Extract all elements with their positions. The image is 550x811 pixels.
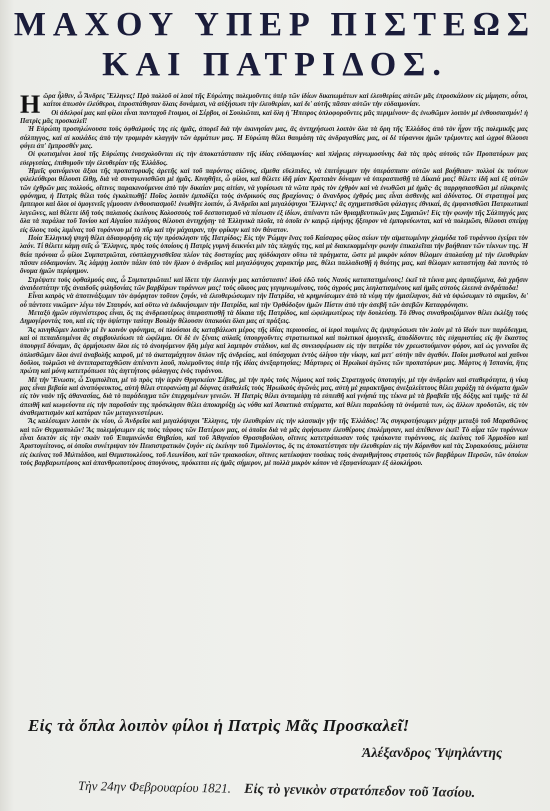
paragraph: Ἂς καλέσωμεν λοιπὸν ἐκ νέου, ὦ Ἀνδρεῖοι … (20, 418, 528, 468)
paragraph: Μεταξὺ ἡμῶν εὐγενέστερος εἶναι, ὅς τις ἀ… (20, 310, 528, 327)
drop-cap: Η (20, 95, 40, 115)
paragraph: Ἂς κινηθῶμεν λοιπὸν μὲ ἓν κοινὸν φρόνημα… (20, 327, 528, 377)
dateline: Τὴν 24ην Φεβρουαρίου 1821. Εἰς τὸ γενικὸ… (78, 778, 476, 802)
paragraph: Ἡμεῖς φαινόμενοι ἄξιοι τῆς προπατορικῆς … (20, 168, 528, 235)
paragraph: Οἱ ἀδελφοί μας καὶ φίλοι εἶναι πανταχοῦ … (20, 110, 528, 127)
paragraph: Μὲ τὴν Ἕνωσιν, ὦ Συμπολῖται, μὲ τὸ πρὸς … (20, 377, 528, 419)
place: Εἰς τὸ γενικὸν στρατόπεδον τοῦ Ἰασίου. (244, 782, 475, 801)
paragraph: Εἶναι καιρὸς νὰ ἀποτινάξωμεν τὸν ἀφόρητο… (20, 293, 528, 310)
paragraph: ὥρα ἦλθεν, ὦ Ἄνδρες Ἕλληνες! Πρὸ πολλοῦ … (20, 93, 528, 110)
paragraph: Ποία Ἑλληνικὴ ψυχὴ θέλει ἀδιαφορήσῃ εἰς … (20, 235, 528, 277)
signature: Ἀλέξανδρος Ὑψηλάντης (362, 746, 502, 762)
title-line-2: ΚΑΙ ΠΑΤΡΙΔΟΣ. (0, 46, 550, 84)
date: Τὴν 24ην Φεβρουαρίου 1821. (78, 778, 231, 796)
paragraph: Στρέψατε τοὺς ὀφθαλμούς σας, ὦ Συμπατριῶ… (20, 277, 528, 294)
closing-call: Εἰς τὰ ὅπλα λοιπὸν φίλοι ἡ Πατρὶς Μᾶς Πρ… (28, 716, 410, 736)
proclamation-page: ΜΑΧΟΥ ΥΠΕΡ ΠΙΣΤΕΩΣ ΚΑΙ ΠΑΤΡΙΔΟΣ. Η ὥρα ἦ… (0, 0, 550, 811)
title-line-1: ΜΑΧΟΥ ΥΠΕΡ ΠΙΣΤΕΩΣ (0, 6, 550, 44)
paragraph: Ἡ Εὐρώπη προσηλώνουσα τοὺς ὀφθαλμούς της… (20, 126, 528, 151)
paragraph: Οἱ φωτισμένοι λαοὶ τῆς Εὐρώπης ἐνασχολοῦ… (20, 151, 528, 168)
proclamation-body: Η ὥρα ἦλθεν, ὦ Ἄνδρες Ἕλληνες! Πρὸ πολλο… (20, 93, 528, 468)
